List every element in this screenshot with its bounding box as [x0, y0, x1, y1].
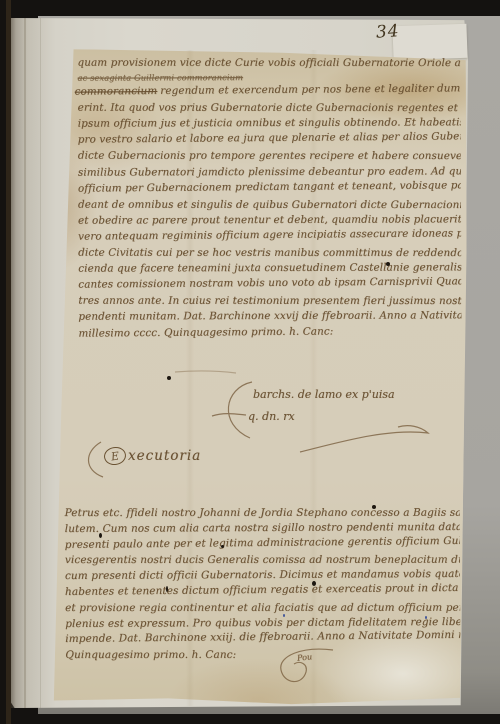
manuscript-line: cantes comissionem nostram vobis uno vot… — [75, 276, 461, 295]
ink-spot — [99, 533, 102, 538]
ink-spot — [372, 505, 376, 509]
executoria-initial-icon: E — [103, 446, 127, 467]
manuscript-line: millesimo cccc. Quinquagesimo primo. h. … — [75, 324, 461, 343]
manuscript-line: officium per Gubernacionem predictam tan… — [75, 179, 461, 198]
second-paragraph: Petrus etc. ffideli nostro Johanni de Jo… — [62, 505, 461, 665]
folio-number: 34 — [375, 21, 400, 43]
ink-spot — [167, 376, 171, 380]
manuscript-line: vicesgerentis nostri ducis Generalis com… — [62, 554, 460, 570]
manuscript-line: pro vestro salario et labore ea jura que… — [75, 131, 461, 150]
blue-ink-speck — [425, 616, 427, 619]
page-crease — [24, 18, 26, 708]
signature-line-1: barchs. de lamo ex p'uisa — [253, 388, 395, 401]
manuscript-line: dicte Civitatis cui per se hoc vestris m… — [75, 247, 461, 263]
manuscript-photo: 34 quam provisionem vice dicte Curie vob… — [0, 0, 500, 724]
page-crease — [40, 18, 41, 708]
heading-executoria: E xecutoria — [104, 447, 201, 465]
manuscript-line — [75, 343, 461, 359]
manuscript-line: Quinquagesimo primo. h. Canc: — [62, 649, 460, 665]
ink-spot — [221, 545, 224, 548]
ink-spot — [312, 581, 316, 586]
manuscript-line: commoranciumregendum et exercendum per n… — [75, 82, 461, 101]
manuscript-line: Petrus etc. ffideli nostro Johanni de Jo… — [62, 507, 460, 523]
ink-spot — [386, 262, 390, 266]
ink-spot — [166, 586, 168, 592]
notary-mark-label: Pou — [297, 652, 313, 663]
manuscript-line: deant de omnibus et singulis de quibus G… — [75, 198, 461, 214]
manuscript-line: impende. Dat. Barchinone xxiij. die ffeb… — [62, 629, 460, 649]
manuscript-line: presenti paulo ante per et legitima admi… — [62, 534, 460, 554]
manuscript-line: dicte Gubernacionis pro tempore gerentes… — [75, 150, 461, 166]
manuscript-line: habentes et tenentes dictum officium reg… — [62, 582, 460, 602]
blue-ink-speck — [283, 614, 285, 617]
manuscript-line: et provisione regia continentur et alia … — [62, 601, 460, 617]
manuscript-line: erint. Ita quod vos prius Gubernatorie d… — [75, 102, 461, 118]
manuscript-line: vero antequam regiminis officium agere i… — [75, 227, 461, 246]
manuscript-line: tres annos ante. In cuius rei testimoniu… — [75, 295, 461, 311]
signature-line-2: q. dn. rx — [248, 410, 295, 423]
executoria-text: xecutoria — [128, 448, 201, 464]
book-cover-edge — [6, 0, 11, 724]
first-paragraph: quam provisionem vice dicte Curie vobis … — [74, 55, 461, 359]
